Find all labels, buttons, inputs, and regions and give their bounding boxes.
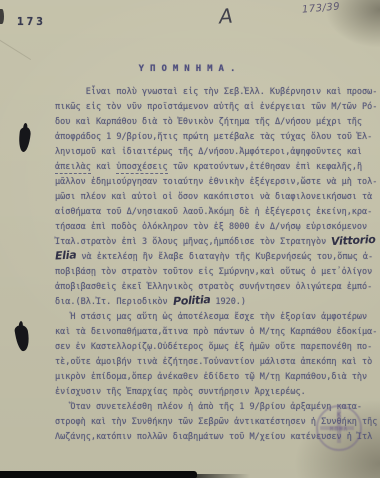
typed-line: ληνισμοῦ καὶ ἰδιαιτέρως τῆς Δ/νήσου.Ἀμφό… (55, 145, 375, 160)
typed-text: Ἡ στάσις μας αὕτη ὡς ἀποτέλεσμα ἔσχε τὴν… (55, 312, 367, 322)
typed-text: νὰ ἐκτελέσῃ ἣν ἔλαβε διαταγὴν τῆς Κυβερν… (76, 252, 373, 262)
stamp-middle-letters: ΜΠΗΛ (318, 426, 360, 433)
typed-text: ἐνίσχυσιν τῆς Ἐπαρχίας πρὸς συντήρησιν Ἀ… (55, 387, 306, 397)
typed-text: 1920.) (210, 297, 246, 307)
typed-line: Ἰταλ.στρατὸν ἐπὶ 3 ὅλους μῆνας,ἠμπόδισε … (55, 235, 375, 250)
typed-text: τῶν κρατούντων,ἐτέθησαν ἐπὶ κεφαλῆς,ἢ (168, 162, 362, 172)
handwritten-letter-annotation: A (218, 4, 233, 29)
scan-edge-band-fade (190, 474, 250, 478)
typed-text: μικρὸν ἐπίδομα,ὅπερ ἀνέκαθεν ἐδίδετο τῷ … (55, 372, 367, 382)
typed-body: Εἶναι πολὺ γνωσταὶ εἰς τὴν Σεβ.Ἑλλ. Κυβέ… (55, 85, 375, 445)
ink-blot-upper (18, 126, 32, 152)
scan-edge-band (0, 471, 197, 478)
typed-text: δου καὶ Καρπάθου διὰ τὸ Ἐθνικὸν ζήτημα τ… (55, 117, 362, 127)
typed-text: δια.(Βλ.Ἰτ. Περιοδικὸν (55, 297, 173, 307)
typed-line: πικῶς εἰς τὸν νῦν προϊστάμενον αὐτῆς αἱ … (55, 100, 375, 115)
handwritten-reference-annotation: 173/39 (302, 1, 341, 15)
typed-line: Εἶναι πολὺ γνωσταὶ εἰς τὴν Σεβ.Ἑλλ. Κυβέ… (55, 85, 375, 100)
typed-text: Εἶναι πολὺ γνωσταὶ εἰς τὴν Σεβ.Ἑλλ. Κυβέ… (55, 87, 377, 97)
typed-text: σεν ἐν Καστελλορίζῳ.Οὐδέτερος ὅμως ἐξ ἡμ… (55, 342, 372, 352)
page-number-stamp: 173 (17, 15, 46, 28)
typed-text: Ὅταν συνετελέσθη πλέον ἡ ἀπὸ τῆς 1 9/βρί… (55, 402, 362, 412)
typed-line: μῶσι πλέον καὶ αὐτοὶ οἱ ὅσον κακόπιστοι … (55, 190, 375, 205)
left-edge-ink-smudge (0, 9, 4, 24)
circular-stamp-icon: Κ ΜΠΗΛ (316, 405, 362, 451)
typed-line: καὶ τὰ δεινοπαθήματα,ἅτινα πρὸ πάντων ὁ … (55, 325, 375, 340)
typed-line: ἐνίσχυσιν τῆς Ἐπαρχίας πρὸς συντήρησιν Ἀ… (55, 385, 375, 400)
typed-line: Elia νὰ ἐκτελέσῃ ἣν ἔλαβε διαταγὴν τῆς Κ… (55, 250, 375, 265)
typed-text: ἀποβιβασθεὶς ἐκεῖ Ἑλληνικὸς στρατὸς συνή… (55, 282, 372, 292)
typed-text: ἀποφράδος 1 9/βρίου,ἥτις πρώτη μετέβαλε … (55, 132, 372, 142)
typed-line: ἀποβιβασθεὶς ἐκεῖ Ἑλληνικὸς στρατὸς συνή… (55, 280, 375, 295)
typed-line: τήσασα ἐπὶ ποδὸς ὁλόκληρον τὸν ἐξ 8000 ἐ… (55, 220, 375, 235)
typed-text: μῶσι πλέον καὶ αὐτοὶ οἱ ὅσον κακόπιστοι … (55, 192, 372, 202)
typed-line: μικρὸν ἐπίδομα,ὅπερ ἀνέκαθεν ἐδίδετο τῷ … (55, 370, 375, 385)
typed-text: ληνισμοῦ καὶ ἰδιαιτέρως τῆς Δ/νήσου.Ἀμφό… (55, 147, 362, 157)
scanned-document-page: 173 A 173/39 ΥΠΟΜΝΗΜΑ. Εἶναι πολὺ γνωστα… (0, 0, 380, 478)
typed-line: τὲ,οὔτε ἀμοιβήν τινὰ ἐζήτησε.Τοὐναντίον … (55, 355, 375, 370)
handwritten-word: Politia (172, 294, 210, 307)
typed-text: πικῶς εἰς τὸν νῦν προϊστάμενον αὐτῆς αἱ … (55, 102, 377, 112)
typed-text: τήσασα ἐπὶ ποδὸς ὁλόκληρον τὸν ἐξ 8000 ἐ… (55, 222, 367, 232)
document-title: ΥΠΟΜΝΗΜΑ. (0, 64, 380, 74)
typed-text: αἰσθήματα τοῦ Δ/νησιακοῦ λαοῦ.Ἀκόμη δὲ ἡ… (55, 207, 372, 217)
typed-text: καὶ τὰ δεινοπαθήματα,ἅτινα πρὸ πάντων ὁ … (55, 327, 377, 337)
handwritten-word: Elia (55, 249, 77, 261)
typed-line: Ἡ στάσις μας αὕτη ὡς ἀποτέλεσμα ἔσχε τὴν… (55, 310, 375, 325)
paper-crease (0, 37, 31, 60)
typed-line: δια.(Βλ.Ἰτ. Περιοδικὸν Politia 1920.) (55, 295, 375, 310)
typed-text: μᾶλλον ἐδημιούργησαν τοιαύτην ἐθνικὴν ἐξ… (55, 177, 377, 187)
typed-line: αἰσθήματα τοῦ Δ/νησιακοῦ λαοῦ.Ἀκόμη δὲ ἡ… (55, 205, 375, 220)
typed-line: ἀπειλὰς καὶ ὑποσχέσεις τῶν κρατούντων,ἐτ… (55, 160, 375, 175)
typed-text: ποβιβάσῃ τὸν στρατὸν τοῦτον εἰς Σμύρνην,… (55, 267, 372, 277)
ink-blot-lower (14, 324, 31, 352)
stamp-top-letter: Κ (318, 411, 360, 419)
typed-line: ποβιβάσῃ τὸν στρατὸν τοῦτον εἰς Σμύρνην,… (55, 265, 375, 280)
typed-text: ἀπειλὰς (55, 162, 91, 174)
typed-text: ὑποσχέσεις (116, 162, 167, 174)
typed-text: τὲ,οὔτε ἀμοιβήν τινὰ ἐζήτησε.Τοὐναντίον … (55, 357, 372, 367)
handwritten-word: Vittorio (331, 234, 376, 247)
typed-text: Ἰταλ.στρατὸν ἐπὶ 3 ὅλους μῆνας,ἠμπόδισε … (55, 237, 331, 247)
typed-line: μᾶλλον ἐδημιούργησαν τοιαύτην ἐθνικὴν ἐξ… (55, 175, 375, 190)
typed-line: δου καὶ Καρπάθου διὰ τὸ Ἐθνικὸν ζήτημα τ… (55, 115, 375, 130)
typed-line: σεν ἐν Καστελλορίζῳ.Οὐδέτερος ὅμως ἐξ ἡμ… (55, 340, 375, 355)
typed-line: ἀποφράδος 1 9/βρίου,ἥτις πρώτη μετέβαλε … (55, 130, 375, 145)
typed-text: καὶ (91, 162, 117, 172)
